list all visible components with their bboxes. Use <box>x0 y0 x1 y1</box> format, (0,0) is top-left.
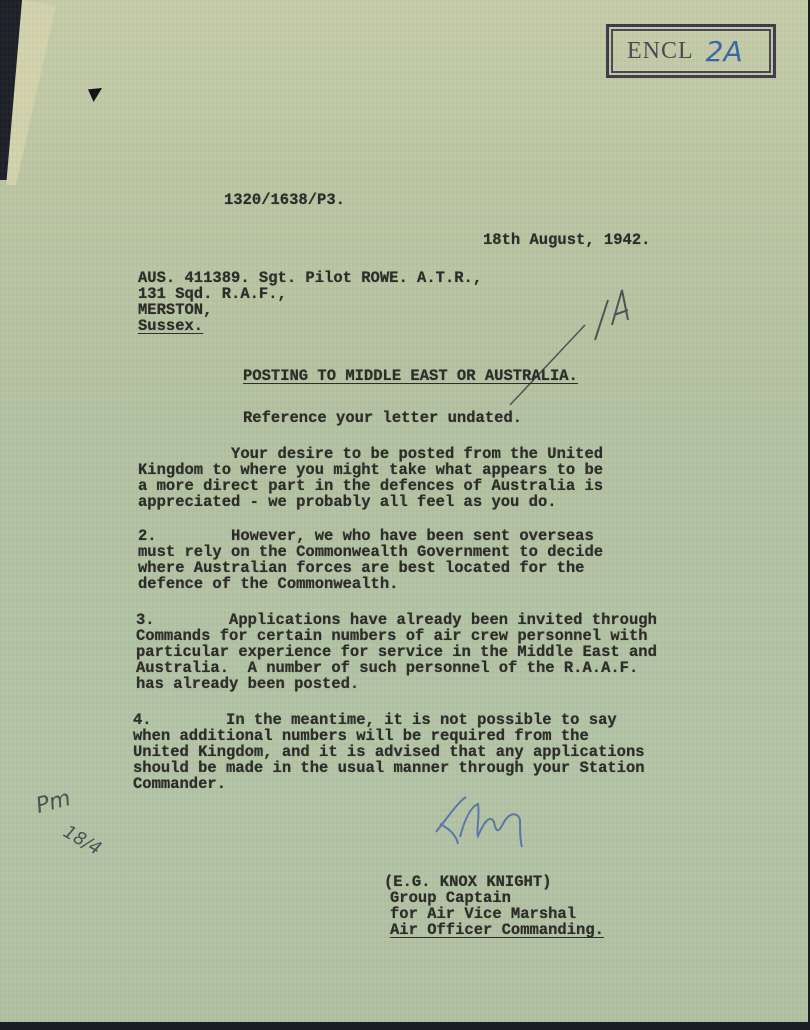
text-line: Australia. A number of such personnel of… <box>136 660 638 676</box>
signatory-rank: Group Captain <box>390 890 511 906</box>
text-line: Commands for certain numbers of air crew… <box>136 628 648 644</box>
text-line: when additional numbers will be required… <box>133 728 589 744</box>
text-line: appreciated - we probably all feel as yo… <box>138 494 557 510</box>
signatory-name: (E.G. KNOX KNIGHT) <box>384 874 551 890</box>
text-line: Commander. <box>133 776 226 792</box>
address-line: Sussex. <box>138 318 203 334</box>
text-line: Your desire to be posted from the United <box>138 446 603 462</box>
stamp-number: 2A <box>706 35 743 68</box>
margin-note-date: 18/4 <box>59 821 105 859</box>
signatory-role: for Air Vice Marshal <box>390 906 576 922</box>
text-line: has already been posted. <box>136 676 359 692</box>
address-line: MERSTON, <box>138 302 212 318</box>
annotation-slash <box>500 280 650 410</box>
letter-date: 18th August, 1942. <box>483 232 650 248</box>
stamp-label: ENCL <box>627 38 694 65</box>
margin-note-initials: Pm <box>33 786 73 819</box>
punch-mark <box>88 88 102 102</box>
text-line: 2. However, we who have been sent overse… <box>138 528 594 544</box>
text-line: a more direct part in the defences of Au… <box>138 478 603 494</box>
text-line: must rely on the Commonwealth Government… <box>138 544 603 560</box>
subject-line: POSTING TO MIDDLE EAST OR AUSTRALIA. <box>243 368 578 384</box>
text-line: defence of the Commonwealth. <box>138 576 398 592</box>
document-page: ENCL 2A 1320/1638/P3. 18th August, 1942.… <box>0 0 808 1022</box>
text-line: Kingdom to where you might take what app… <box>138 462 603 478</box>
text-line: United Kingdom, and it is advised that a… <box>133 744 645 760</box>
reference-line: Reference your letter undated. <box>243 410 522 426</box>
scan-bottom-edge <box>0 1022 810 1030</box>
text-line: should be made in the usual manner throu… <box>133 760 645 776</box>
text-line: where Australian forces are best located… <box>138 560 584 576</box>
text-line: particular experience for service in the… <box>136 644 657 660</box>
handwritten-signature <box>428 792 538 852</box>
enclosure-stamp: ENCL 2A <box>606 24 776 78</box>
file-reference: 1320/1638/P3. <box>224 192 345 208</box>
text-line: 3. Applications have already been invite… <box>136 612 657 628</box>
address-line: AUS. 411389. Sgt. Pilot ROWE. A.T.R., <box>138 270 482 286</box>
address-line: 131 Sqd. R.A.F., <box>138 286 287 302</box>
text-line: 4. In the meantime, it is not possible t… <box>133 712 617 728</box>
signatory-office: Air Officer Commanding. <box>390 922 604 938</box>
